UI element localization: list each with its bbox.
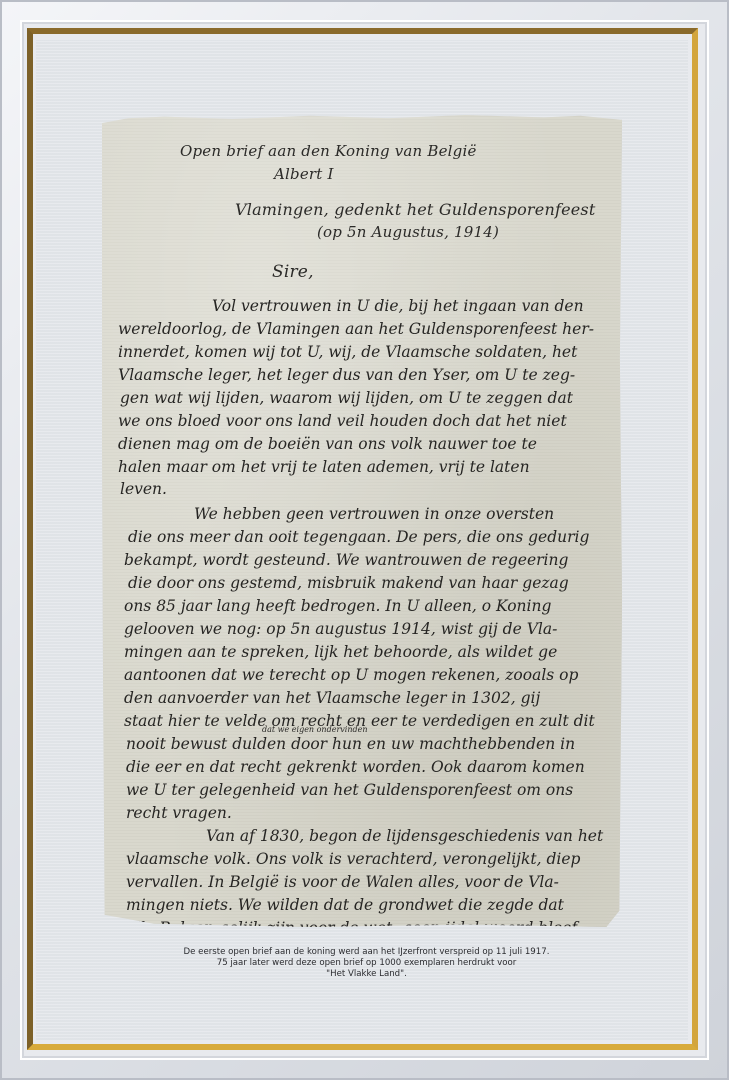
letter-line: Van af 1830, begon de lijdensgeschiedeni…: [206, 827, 603, 845]
letter-line: vlaamsche volk. Ons volk is verachterd, …: [126, 850, 580, 868]
letter-subheading-date: (op 5n Augustus, 1914): [317, 223, 499, 241]
letter-line: dienen mag om de boeiën van ons volk nau…: [118, 435, 537, 453]
letter-line: ons 85 jaar lang heeft bedrogen. In U al…: [124, 597, 551, 615]
caption-line-1: De eerste open brief aan de koning werd …: [102, 947, 631, 958]
letter-line: recht vragen.: [126, 804, 232, 822]
letter-line: Vol vertrouwen in U die, bij het ingaan …: [212, 297, 584, 315]
caption: De eerste open brief aan de koning werd …: [102, 947, 631, 980]
letter-heading: Open brief aan den Koning van België: [180, 142, 477, 160]
letter-line: die door ons gestemd, misbruik makend va…: [128, 574, 569, 592]
letter-line: Vlaamsche leger, het leger dus van den Y…: [118, 366, 575, 384]
caption-line-2: 75 jaar later werd deze open brief op 10…: [102, 958, 631, 969]
letter-line: aantoonen dat we terecht op U mogen reke…: [124, 666, 578, 684]
letter-line: mingen niets. We wilden dat de grondwet …: [126, 896, 564, 914]
interlinear-insertion: dat we eigen ondervinden: [262, 725, 368, 734]
letter-line: halen maar om het vrij te laten ademen, …: [118, 458, 530, 476]
letter-line: den aanvoerder van het Vlaamsche leger i…: [124, 689, 540, 707]
picture-frame: Open brief aan den Koning van België Alb…: [0, 0, 729, 1080]
letter-line: die eer en dat recht gekrenkt worden. Oo…: [126, 758, 585, 776]
letter-line: bekampt, wordt gesteund. We wantrouwen d…: [124, 551, 568, 569]
letter-line: leven.: [120, 480, 167, 498]
letter-line: we ons bloed voor ons land veil houden d…: [118, 412, 567, 430]
letter-line: we U ter gelegenheid van het Guldenspore…: [126, 781, 573, 799]
caption-line-3: "Het Vlakke Land".: [102, 969, 631, 980]
letter-line: We hebben geen vertrouwen in onze overst…: [194, 505, 554, 523]
letter-line: gelooven we nog: op 5n augustus 1914, wi…: [124, 620, 557, 638]
letter-subheading: Vlamingen, gedenkt het Guldensporenfeest: [235, 200, 595, 219]
letter-line: vervallen. In België is voor de Walen al…: [126, 873, 559, 891]
letter-line: gen wat wij lijden, waarom wij lijden, o…: [120, 389, 573, 407]
letter-salutation: Sire,: [272, 262, 314, 282]
letter-line: nooit bewust dulden door hun en uw macht…: [126, 735, 575, 753]
letter-line: innerdet, komen wij tot U, wij, de Vlaam…: [118, 343, 577, 361]
letter-line: die ons meer dan ooit tegengaan. De pers…: [128, 528, 589, 546]
letter-line: mingen aan te spreken, lijk het behoorde…: [124, 643, 557, 661]
letter-heading-addressee: Albert I: [274, 165, 334, 183]
handwritten-letter: Open brief aan den Koning van België Alb…: [102, 115, 622, 927]
letter-line: wereldoorlog, de Vlamingen aan het Gulde…: [118, 320, 594, 338]
